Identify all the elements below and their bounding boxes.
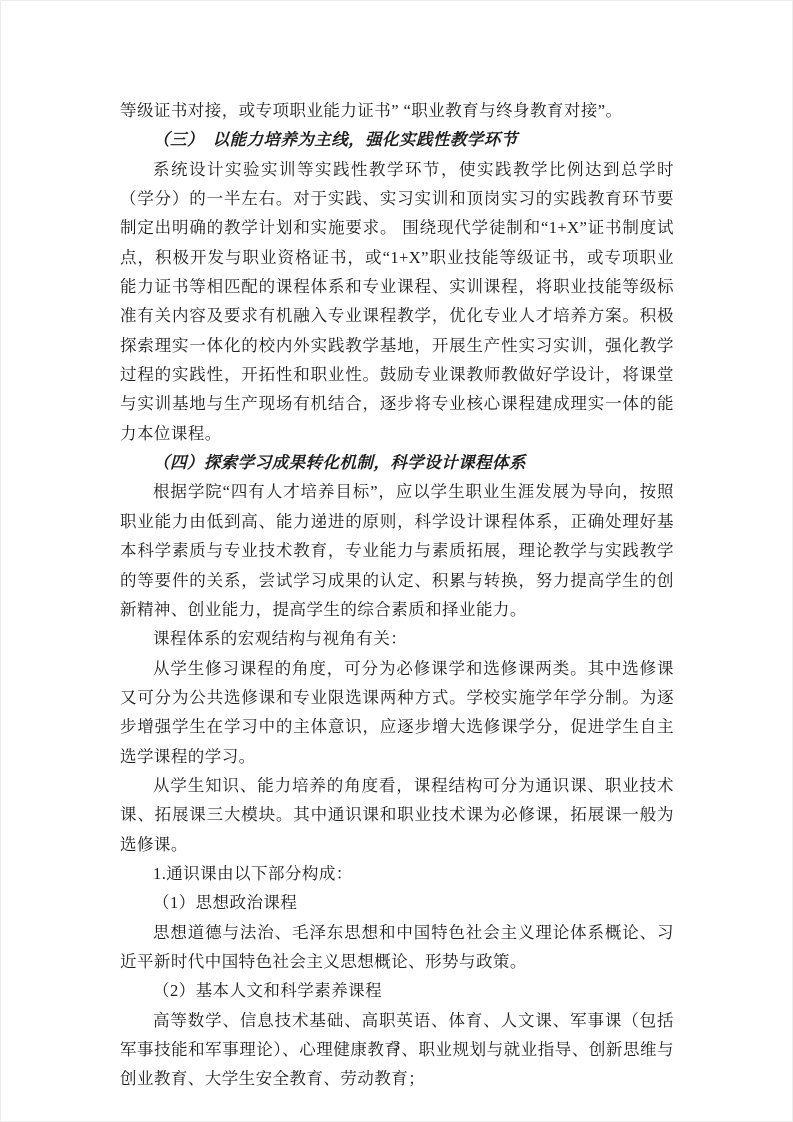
section-heading: （三） 以能力培养为主线，强化实践性教学环节 <box>120 125 674 154</box>
document-page: 等级证书对接，或专项职业能力证书” “职业教育与终身教育对接”。（三） 以能力培… <box>0 0 793 1122</box>
section-heading: （四）探索学习成果转化机制，科学设计课程体系 <box>120 448 674 477</box>
paragraph: （1）思想政治课程 <box>120 888 674 917</box>
paragraph: （2）基本人文和科学素养课程 <box>120 976 674 1005</box>
paragraph: 等级证书对接，或专项职业能力证书” “职业教育与终身教育对接”。 <box>120 96 674 125</box>
paragraph: 从学生修习课程的角度，可分为必修课学和选修课两类。其中选修课又可分为公共选修课和… <box>120 654 674 771</box>
document-body: 等级证书对接，或专项职业能力证书” “职业教育与终身教育对接”。（三） 以能力培… <box>120 96 674 1094</box>
page-number: 3 <box>0 1038 793 1054</box>
paragraph: 系统设计实验实训等实践性教学环节，使实践教学比例达到总学时（学分）的一半左右。对… <box>120 155 674 448</box>
paragraph: 课程体系的宏观结构与视角有关： <box>120 624 674 653</box>
paragraph: 根据学院“四有人才培养目标”，应以学生职业生涯发展为导向，按照职业能力由低到高、… <box>120 477 674 624</box>
paragraph: 思想道德与法治、毛泽东思想和中国特色社会主义理论体系概论、习近平新时代中国特色社… <box>120 918 674 977</box>
paragraph: 1.通识课由以下部分构成： <box>120 859 674 888</box>
paragraph: 从学生知识、能力培养的角度看，课程结构可分为通识课、职业技术课、拓展课三大模块。… <box>120 771 674 859</box>
